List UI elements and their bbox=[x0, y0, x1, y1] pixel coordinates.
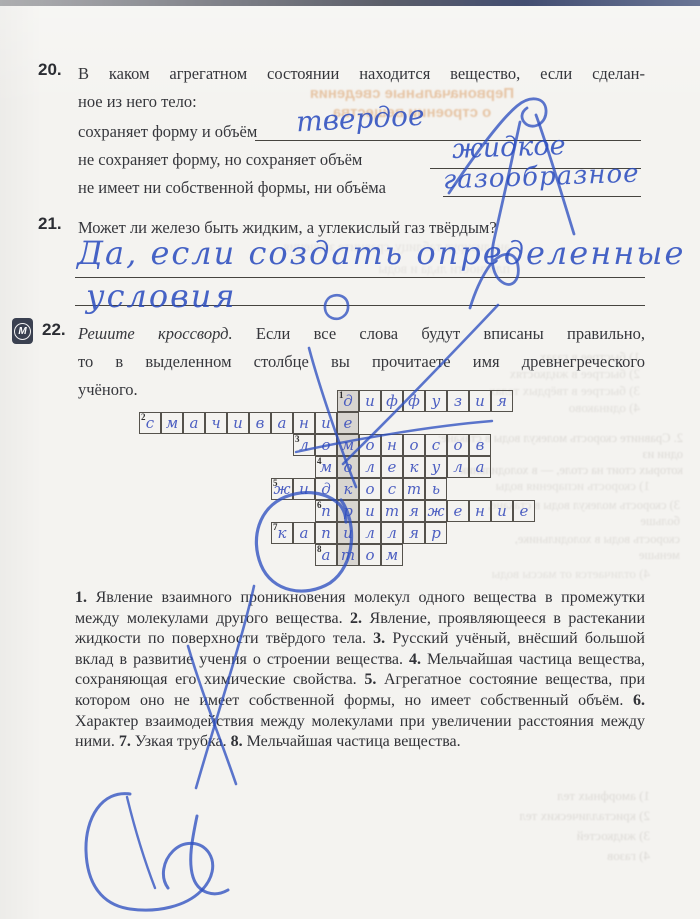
crossword-cell[interactable]: о bbox=[315, 434, 337, 456]
question-22-intro-line: учёного. bbox=[78, 376, 138, 404]
crossword-cell[interactable]: я bbox=[403, 500, 425, 522]
crossword-cell[interactable]: 6п bbox=[315, 500, 337, 522]
crossword-letter: л bbox=[448, 457, 468, 477]
m-badge-icon: М bbox=[14, 323, 31, 340]
crossword-letter: ф bbox=[382, 391, 402, 411]
crossword-letter: ж bbox=[426, 501, 446, 521]
bleed-through-text: 1) аморфных тел2) кристаллических тел3) … bbox=[440, 786, 650, 866]
crossword-cell[interactable]: л bbox=[447, 456, 469, 478]
crossword-letter: в bbox=[470, 435, 490, 455]
crossword-cell[interactable]: и bbox=[359, 500, 381, 522]
crossword-cell[interactable]: 4м bbox=[315, 456, 337, 478]
crossword-cell[interactable]: н bbox=[469, 500, 491, 522]
crossword-cell[interactable]: я bbox=[403, 522, 425, 544]
crossword-letter: к bbox=[338, 479, 358, 499]
crossword-cell[interactable]: к bbox=[337, 478, 359, 500]
crossword-letter: о bbox=[316, 435, 336, 455]
handwritten-answer: жидкое bbox=[451, 130, 566, 165]
crossword-letter: и bbox=[316, 413, 336, 433]
clue-number: 4. bbox=[409, 651, 427, 668]
crossword-letter: л bbox=[382, 523, 402, 543]
crossword-cell[interactable]: и bbox=[337, 522, 359, 544]
question-number: 22. bbox=[42, 320, 66, 340]
crossword-cell[interactable]: у bbox=[425, 390, 447, 412]
crossword-cell[interactable]: а bbox=[293, 522, 315, 544]
crossword-cell[interactable]: о bbox=[359, 544, 381, 566]
clue-number: 2. bbox=[350, 610, 369, 627]
crossword-letter: ф bbox=[404, 391, 424, 411]
pen-stroke bbox=[191, 816, 228, 894]
crossword-cell[interactable]: а bbox=[271, 412, 293, 434]
crossword-letter: я bbox=[492, 391, 512, 411]
clue-number: 5. bbox=[364, 671, 384, 688]
crossword-cell[interactable]: л bbox=[359, 456, 381, 478]
bleed-through-text: скорость воды в холодильнике,меньше bbox=[430, 531, 680, 563]
crossword-letter: к bbox=[272, 523, 292, 543]
crossword-cell[interactable]: е bbox=[513, 500, 535, 522]
crossword-cell[interactable]: а bbox=[469, 456, 491, 478]
crossword-cell[interactable]: т bbox=[381, 500, 403, 522]
blank-label: не сохраняет форму, но сохраняет объём bbox=[78, 150, 362, 170]
crossword-letter: л bbox=[360, 457, 380, 477]
crossword-cell[interactable]: в bbox=[469, 434, 491, 456]
crossword-letter: п bbox=[316, 501, 336, 521]
crossword-cell[interactable]: я bbox=[491, 390, 513, 412]
crossword-letter: ч bbox=[206, 413, 226, 433]
crossword-letter: в bbox=[250, 413, 270, 433]
question-text-line: В каком агрегатном состоянии находится в… bbox=[78, 60, 645, 88]
crossword-cell[interactable]: 3л bbox=[293, 434, 315, 456]
crossword-letter: м bbox=[382, 545, 402, 565]
clue-number: 6. bbox=[633, 692, 645, 709]
answer-line[interactable] bbox=[255, 140, 641, 141]
crossword-letter: м bbox=[162, 413, 182, 433]
crossword-cell[interactable]: е bbox=[337, 412, 359, 434]
crossword-cell[interactable]: и bbox=[293, 478, 315, 500]
crossword-cell[interactable]: р bbox=[425, 522, 447, 544]
methodology-badge: М bbox=[12, 318, 33, 344]
crossword-cell[interactable]: о bbox=[337, 456, 359, 478]
crossword-cell[interactable]: и bbox=[491, 500, 513, 522]
crossword-letter: к bbox=[404, 457, 424, 477]
pen-stroke bbox=[325, 295, 348, 319]
crossword-cell[interactable]: и bbox=[359, 390, 381, 412]
crossword-letter: д bbox=[316, 479, 336, 499]
crossword-cell[interactable]: н bbox=[381, 434, 403, 456]
crossword-letter: о bbox=[360, 435, 380, 455]
crossword-cell[interactable]: ж bbox=[425, 500, 447, 522]
answer-line[interactable] bbox=[443, 196, 641, 197]
question-text-line: ное из него тело: bbox=[78, 88, 197, 116]
handwritten-answer-line: условия bbox=[86, 277, 237, 315]
crossword-letter: о bbox=[404, 435, 424, 455]
crossword-cell[interactable]: т bbox=[337, 544, 359, 566]
handwritten-answer: газообразное bbox=[443, 159, 640, 196]
crossword-letter: н bbox=[294, 413, 314, 433]
crossword-letter: а bbox=[184, 413, 204, 433]
crossword-letter: м bbox=[316, 457, 336, 477]
crossword-cell[interactable]: с bbox=[381, 478, 403, 500]
crossword-letter: и bbox=[294, 479, 314, 499]
crossword-cell[interactable]: ь bbox=[425, 478, 447, 500]
crossword-letter: д bbox=[338, 391, 358, 411]
crossword-letter: е bbox=[514, 501, 534, 521]
crossword-letter: е bbox=[382, 457, 402, 477]
crossword-letter: л bbox=[294, 435, 314, 455]
bleed-through-text: 1) скорость испарения воды bbox=[430, 477, 650, 494]
crossword-letter: у bbox=[426, 391, 446, 411]
crossword-letter: р bbox=[338, 501, 358, 521]
clue-number: 7. bbox=[119, 733, 135, 750]
question-number: 21. bbox=[38, 214, 62, 234]
blank-label: сохраняет форму и объём bbox=[78, 122, 257, 142]
pen-stroke bbox=[86, 794, 213, 910]
crossword-letter: е bbox=[448, 501, 468, 521]
crossword-letter: и bbox=[360, 391, 380, 411]
crossword-cell[interactable]: о bbox=[447, 434, 469, 456]
crossword-letter: е bbox=[338, 413, 358, 433]
clue-number: 8. bbox=[231, 733, 247, 750]
crossword-cell[interactable]: ф bbox=[403, 390, 425, 412]
crossword-cell[interactable]: а bbox=[183, 412, 205, 434]
workbook-page: Первоначальные сведенияо строении вещест… bbox=[0, 0, 700, 919]
crossword-letter: и bbox=[492, 501, 512, 521]
crossword-cell[interactable]: д bbox=[315, 478, 337, 500]
crossword-letter: ь bbox=[426, 479, 446, 499]
crossword-letter: ж bbox=[272, 479, 292, 499]
crossword-letter: с bbox=[140, 413, 160, 433]
crossword-letter: н bbox=[382, 435, 402, 455]
crossword-cell[interactable]: в bbox=[249, 412, 271, 434]
crossword-cell[interactable]: и bbox=[227, 412, 249, 434]
crossword-letter: л bbox=[360, 523, 380, 543]
crossword-cell[interactable]: е bbox=[447, 500, 469, 522]
crossword-letter: з bbox=[448, 391, 468, 411]
handwritten-answer-line: Да, если создать определенные bbox=[77, 234, 685, 272]
crossword-cell[interactable]: и bbox=[315, 412, 337, 434]
crossword-letter: о bbox=[448, 435, 468, 455]
crossword-letter: р bbox=[426, 523, 446, 543]
question-number: 20. bbox=[38, 60, 62, 80]
crossword-letter: с bbox=[426, 435, 446, 455]
crossword-cell[interactable]: 2с bbox=[139, 412, 161, 434]
crossword-cell[interactable]: 5ж bbox=[271, 478, 293, 500]
crossword-letter: а bbox=[316, 545, 336, 565]
crossword-letter: а bbox=[272, 413, 292, 433]
crossword-cell[interactable]: р bbox=[337, 500, 359, 522]
crossword-cell[interactable]: ф bbox=[381, 390, 403, 412]
crossword-letter: и bbox=[470, 391, 490, 411]
question-22-intro-line: то в выделенном столбце вы прочитаете им… bbox=[78, 348, 645, 376]
crossword-cell[interactable]: 8а bbox=[315, 544, 337, 566]
crossword-letter: и bbox=[338, 523, 358, 543]
crossword-cell[interactable]: н bbox=[293, 412, 315, 434]
crossword-letter: я bbox=[404, 523, 424, 543]
handwritten-answer: твердое bbox=[295, 99, 425, 139]
crossword-cell[interactable]: и bbox=[469, 390, 491, 412]
crossword-cell[interactable]: т bbox=[403, 478, 425, 500]
crossword-cell[interactable]: 7к bbox=[271, 522, 293, 544]
crossword-cell[interactable]: о bbox=[359, 434, 381, 456]
crossword-cell[interactable]: л bbox=[359, 522, 381, 544]
pen-stroke bbox=[127, 797, 155, 888]
crossword-letter: т bbox=[338, 545, 358, 565]
scan-top-edge bbox=[0, 0, 700, 6]
crossword-letter: а bbox=[470, 457, 490, 477]
crossword-letter: о bbox=[360, 479, 380, 499]
crossword-cell[interactable]: к bbox=[403, 456, 425, 478]
crossword-cell[interactable]: п bbox=[315, 522, 337, 544]
crossword-letter: у bbox=[426, 457, 446, 477]
crossword-cell[interactable]: ч bbox=[205, 412, 227, 434]
crossword-cell[interactable]: о bbox=[403, 434, 425, 456]
crossword-cell[interactable]: с bbox=[425, 434, 447, 456]
crossword-letter: а bbox=[294, 523, 314, 543]
bleed-through-text: 4) отличается от массы воды bbox=[420, 565, 650, 582]
crossword-letter: н bbox=[470, 501, 490, 521]
crossword-letter: о bbox=[360, 545, 380, 565]
crossword-letter: я bbox=[404, 501, 424, 521]
crossword-letter: т bbox=[404, 479, 424, 499]
crossword-cell[interactable]: о bbox=[359, 478, 381, 500]
crossword-cell[interactable]: м bbox=[161, 412, 183, 434]
clue-number: 1. bbox=[75, 589, 96, 606]
crossword-letter: и bbox=[228, 413, 248, 433]
crossword-cell[interactable]: з bbox=[447, 390, 469, 412]
crossword-letter: о bbox=[338, 457, 358, 477]
crossword-cell[interactable]: м bbox=[337, 434, 359, 456]
crossword-letter: и bbox=[360, 501, 380, 521]
crossword-letter: м bbox=[338, 435, 358, 455]
crossword-cell[interactable]: 1д bbox=[337, 390, 359, 412]
blank-label: не имеет ни собственной формы, ни объёма bbox=[78, 178, 386, 198]
crossword-cell[interactable]: л bbox=[381, 522, 403, 544]
crossword-letter: с bbox=[382, 479, 402, 499]
crossword-cell[interactable]: е bbox=[381, 456, 403, 478]
crossword-letter: п bbox=[316, 523, 336, 543]
crossword-cell[interactable]: у bbox=[425, 456, 447, 478]
intro-rest: Если все слова будут вписаны правильно, bbox=[233, 324, 645, 343]
crossword-cell[interactable]: м bbox=[381, 544, 403, 566]
intro-italic: Решите кроссворд. bbox=[78, 324, 233, 343]
question-22-intro-line: Решите кроссворд. Если все слова будут в… bbox=[78, 320, 645, 348]
crossword-letter: т bbox=[382, 501, 402, 521]
clues-text: 1. Явление взаимного проникновения молек… bbox=[75, 588, 645, 753]
clue-number: 3. bbox=[373, 630, 392, 647]
